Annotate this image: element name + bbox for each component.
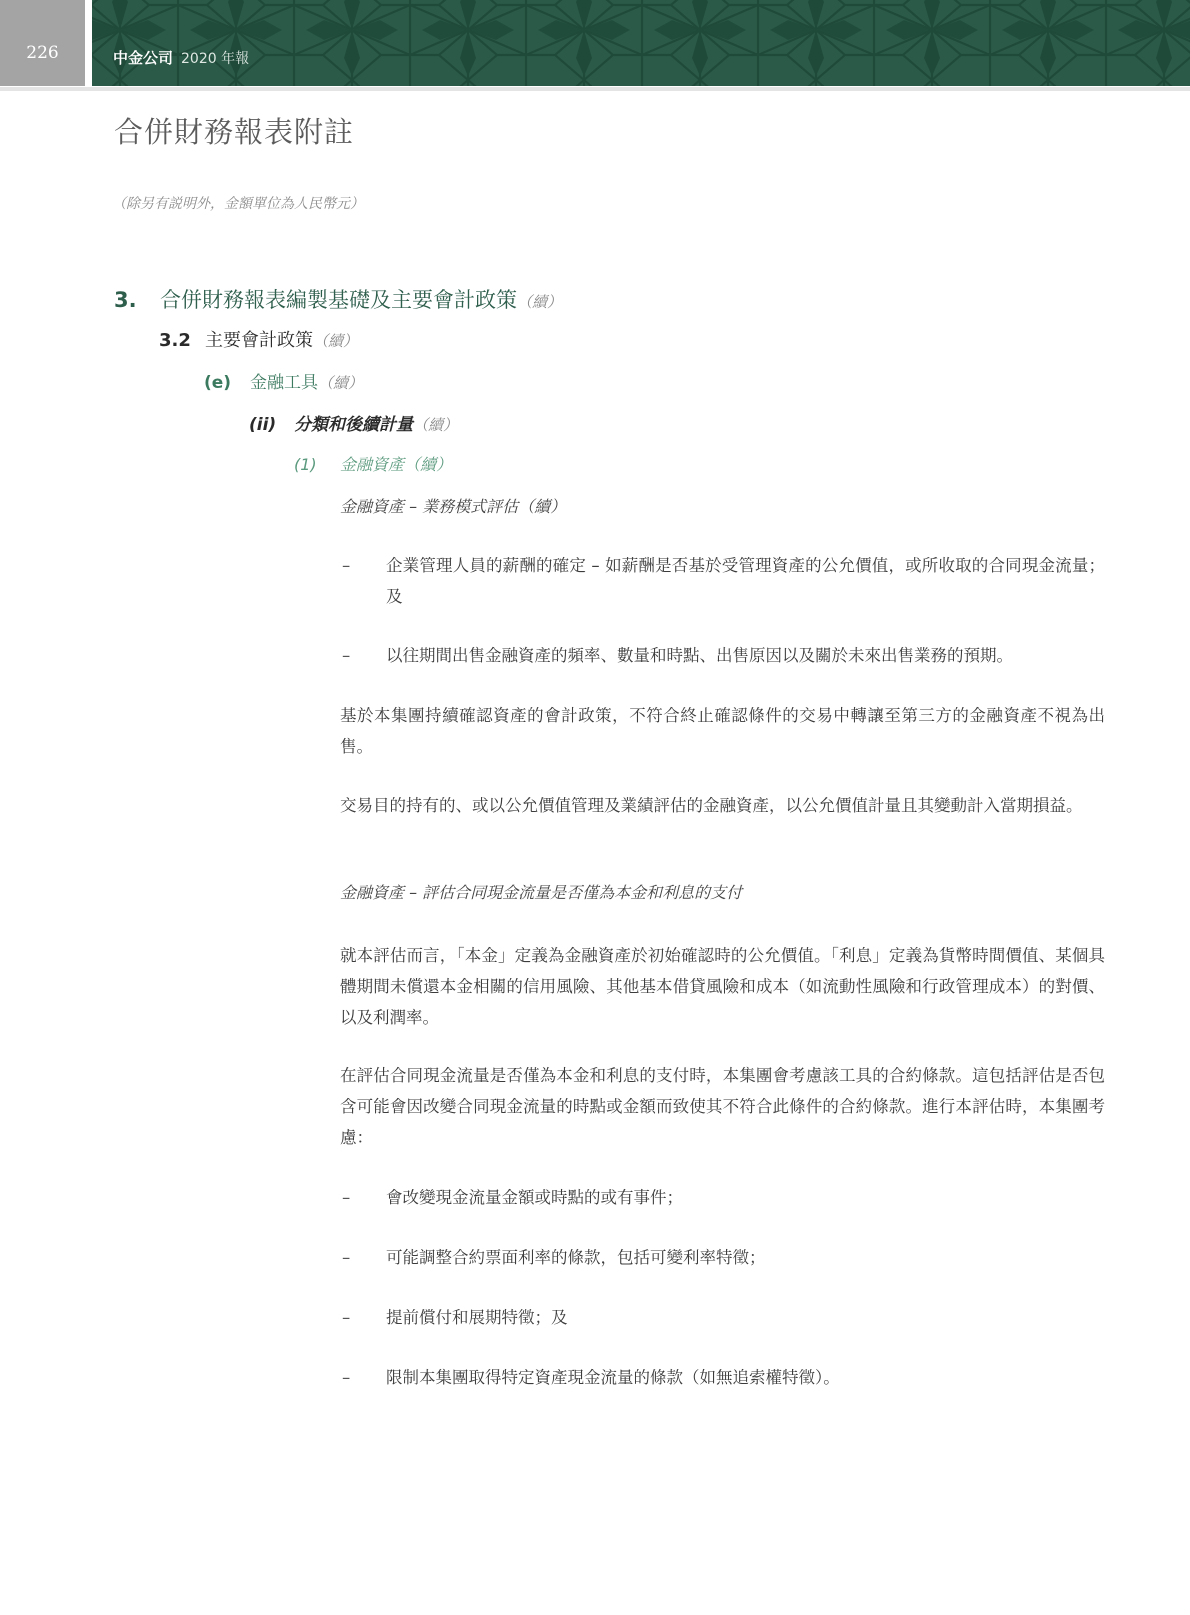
subheading-business-model: 金融資產 – 業務模式評估（續）	[340, 494, 566, 517]
page-number: 226	[0, 43, 85, 63]
asanoha-pattern-icon	[92, 0, 1190, 86]
report-brand: 中金公司2020 年報	[113, 47, 249, 68]
section-number: (ii)	[249, 415, 294, 435]
bullet-text: 提前償付和展期特徵；及	[386, 1302, 1105, 1333]
section-number: (e)	[204, 373, 250, 393]
bullet-text: 以往期間出售金融資產的頻率、數量和時點、出售原因以及關於未來出售業務的預期。	[386, 640, 1105, 671]
bullet-item: – 企業管理人員的薪酬的確定 – 如薪酬是否基於受管理資產的公允價值，或所收取的…	[340, 550, 1105, 612]
section-heading-1: (1)金融資產（續）	[294, 452, 452, 475]
dash-bullet-icon: –	[342, 1362, 362, 1393]
page-header: 226	[0, 0, 1190, 86]
header-divider	[0, 87, 1190, 91]
section-title: 合併財務報表編製基礎及主要會計政策	[160, 288, 517, 312]
section-heading-e: (e)金融工具（續）	[204, 368, 363, 393]
subheading-sppi: 金融資產 – 評估合同現金流量是否僅為本金和利息的支付	[340, 880, 742, 903]
paragraph-derecognition: 基於本集團持續確認資產的會計政策，不符合終止確認條件的交易中轉讓至第三方的金融資…	[340, 700, 1105, 762]
section-number: 3.	[114, 288, 160, 312]
bullet-text: 企業管理人員的薪酬的確定 – 如薪酬是否基於受管理資產的公允價值，或所收取的合同…	[386, 550, 1105, 612]
section-heading-3-2: 3.2主要會計政策（續）	[159, 326, 358, 352]
section-title: 金融工具	[250, 373, 318, 393]
continued-label: （續）	[404, 455, 452, 474]
continued-label: （續）	[517, 293, 562, 311]
bullet-item: – 會改變現金流量金額或時點的或有事件；	[340, 1182, 1105, 1213]
section-number: 3.2	[159, 330, 205, 351]
bullet-text: 會改變現金流量金額或時點的或有事件；	[386, 1182, 1105, 1213]
dash-bullet-icon: –	[342, 640, 362, 671]
page-title: 合併財務報表附註	[114, 110, 354, 151]
section-heading-ii: (ii)分類和後續計量（續）	[249, 410, 458, 435]
bullet-item: – 可能調整合約票面利率的條款，包括可變利率特徵；	[340, 1242, 1105, 1273]
dash-bullet-icon: –	[342, 550, 362, 581]
paragraph-principal-interest: 就本評估而言，「本金」定義為金融資產於初始確認時的公允價值。「利息」定義為貨幣時…	[340, 940, 1105, 1033]
paragraph-contract-terms: 在評估合同現金流量是否僅為本金和利息的支付時，本集團會考慮該工具的合約條款。這包…	[340, 1060, 1105, 1153]
continued-label: （續）	[318, 374, 363, 392]
bullet-item: – 以往期間出售金融資產的頻率、數量和時點、出售原因以及關於未來出售業務的預期。	[340, 640, 1105, 671]
section-title: 分類和後續計量	[294, 415, 413, 435]
dash-bullet-icon: –	[342, 1302, 362, 1333]
section-number: (1)	[294, 455, 340, 474]
bullet-text: 限制本集團取得特定資產現金流量的條款（如無追索權特徵）。	[386, 1362, 1105, 1393]
section-heading-3: 3.合併財務報表編製基礎及主要會計政策（續）	[114, 284, 562, 314]
bullet-text: 可能調整合約票面利率的條款，包括可變利率特徵；	[386, 1242, 1105, 1273]
section-title: 金融資產	[340, 455, 404, 474]
section-title: 主要會計政策	[205, 330, 313, 351]
continued-label: （續）	[313, 332, 358, 350]
report-year: 2020 年報	[181, 51, 249, 67]
continued-label: （續）	[413, 416, 458, 434]
unit-note: （除另有説明外，金額單位為人民幣元）	[112, 193, 364, 213]
header-pattern-banner	[92, 0, 1190, 86]
dash-bullet-icon: –	[342, 1242, 362, 1273]
bullet-item: – 限制本集團取得特定資產現金流量的條款（如無追索權特徵）。	[340, 1362, 1105, 1393]
dash-bullet-icon: –	[342, 1182, 362, 1213]
company-name: 中金公司	[113, 49, 173, 67]
bullet-item: – 提前償付和展期特徵；及	[340, 1302, 1105, 1333]
page-number-box: 226	[0, 0, 85, 86]
paragraph-fvtpl: 交易目的持有的、或以公允價值管理及業績評估的金融資產，以公允價值計量且其變動計入…	[340, 790, 1105, 821]
